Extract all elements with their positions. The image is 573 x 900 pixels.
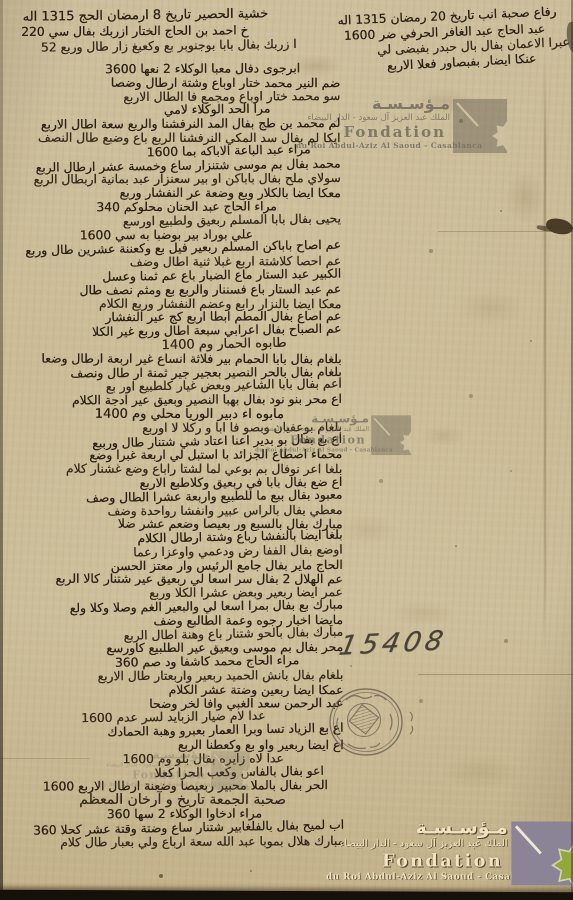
manuscript-line: عم الهلال 2 بفال سر اسعا لي ربعيق عير شت… — [5, 573, 343, 587]
manuscript-line: اع ايضا ربعير واو بع وكعطنا الربع — [6, 739, 344, 753]
manuscript-text: خشية الحصير تاريخ 8 ارمضان الحج 1315 اله… — [0, 0, 573, 900]
vertical-fold-crease — [544, 56, 546, 662]
manuscript-line: خ احمد بن الحاج الختار ازربك بفال سي 220 — [4, 23, 296, 41]
catalog-number: 15408 — [336, 625, 449, 662]
manuscript-line: معكا ايضا بالنزار رابع وعضم النفشار وربع… — [3, 297, 341, 311]
horizontal-crease — [438, 231, 573, 232]
manuscript-line: ضم النير محمد ختار اوباع وشتة ارطال وضصا — [2, 76, 340, 90]
manuscript-line: بلغام بفال بابا الحمام بير فلاثة انساع غ… — [4, 352, 342, 366]
horizontal-crease — [0, 758, 90, 759]
manuscript-block-main-column: ابرجوى دفال معبا الوكلاء 2 نعها 3600ضم ا… — [2, 62, 344, 850]
manuscript-line: معكا ايضا بالكلار وبع وضعة عر النفشار ور… — [3, 187, 341, 201]
manuscript-line: صحبة الجمعة تاريخ و آرخان المعظم — [6, 794, 344, 808]
photo-edge — [0, 0, 3, 900]
seal-stamp — [326, 684, 418, 764]
manuscript-scan: خشية الحصير تاريخ 8 ارمضان الحج 1315 اله… — [0, 0, 573, 900]
manuscript-block-header-left: خشية الحصير تاريخ 8 ارمضان الحج 1315 اله… — [4, 6, 297, 57]
horizontal-crease — [418, 674, 573, 675]
manuscript-line: عمكا ايضا ربعين وضتة عشر الكلام — [5, 683, 343, 697]
manuscript-line: مابوه اء دبير الوريا محلي وم 1400 — [4, 408, 342, 422]
photo-edge — [0, 890, 573, 900]
manuscript-line: بلغا اعر نوفال بم بوعي لما لشتا راباع وض… — [4, 463, 342, 477]
